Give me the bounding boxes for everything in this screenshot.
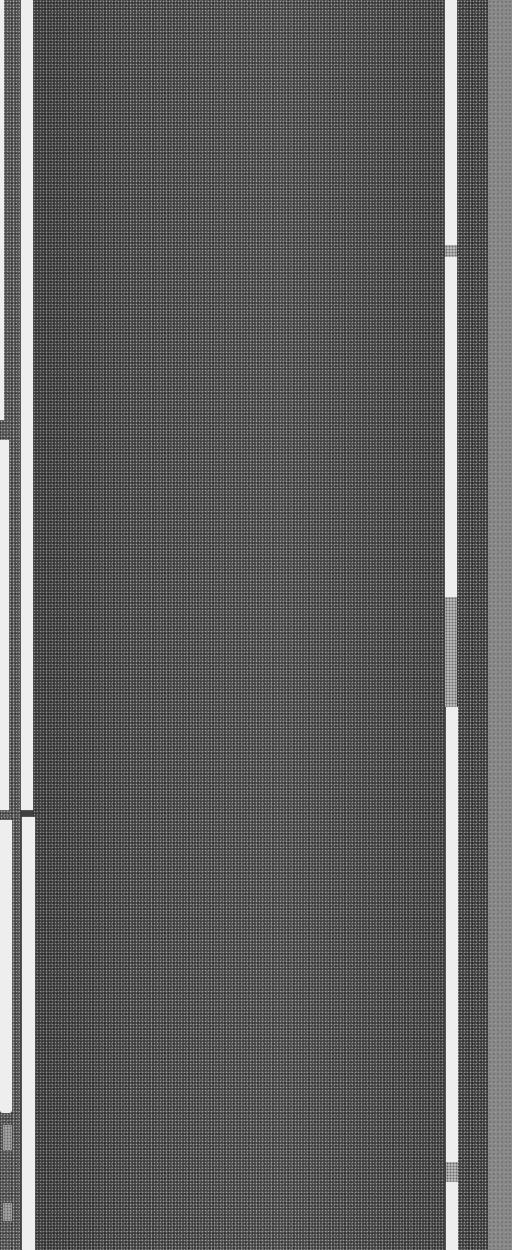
asphalt-lane xyxy=(33,0,444,1250)
road-scene xyxy=(0,0,512,1250)
left-edge-line-segment xyxy=(0,820,12,1113)
left-lane-line xyxy=(22,817,35,1250)
left-edge-line-segment xyxy=(0,0,4,420)
right-lane-line-worn xyxy=(445,597,457,707)
right-lane-line xyxy=(445,257,457,597)
right-lane-line xyxy=(445,0,457,245)
right-lane-line-worn xyxy=(446,1162,458,1182)
right-lane-line-worn xyxy=(445,245,457,257)
left-lane-line xyxy=(21,0,33,810)
left-edge-line-segment xyxy=(0,440,9,810)
concrete-shoulder xyxy=(488,0,512,1250)
right-asphalt-strip xyxy=(457,0,488,1250)
right-lane-line xyxy=(446,707,458,1162)
right-lane-line xyxy=(446,1182,458,1250)
left-edge-marking-remnant xyxy=(3,1203,12,1221)
left-edge-marking-remnant xyxy=(3,1125,12,1150)
